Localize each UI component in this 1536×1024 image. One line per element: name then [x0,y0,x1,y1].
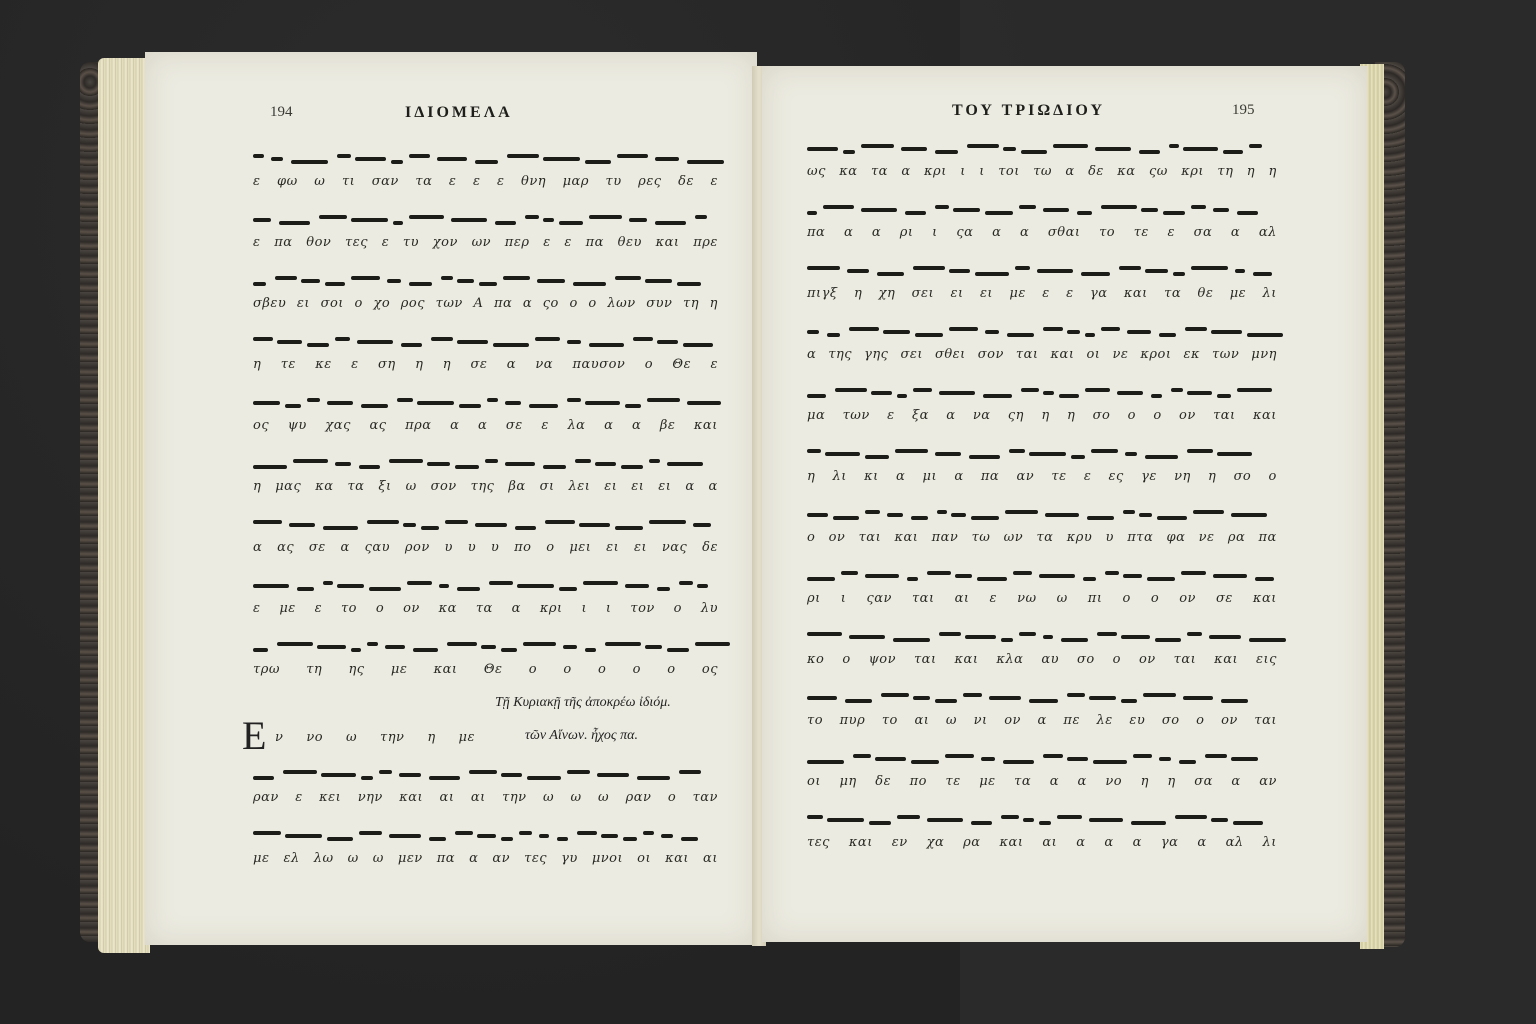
lyric-text: ωςκαταακριιιτοιτωαδεκαςωκριτηηη [807,164,1277,179]
chant-line: ημαςκαταξιωσοντηςβασιλειειειειαα [253,449,718,494]
chant-line: ωςκαταακριιιτοιτωαδεκαςωκριτηηη [807,134,1277,179]
chant-line: τεςκαιενχαρακαιαιαααγαααλλι [807,805,1277,850]
chant-line: οςψυχαςαςπρααασεελαααβεκαι [253,388,718,433]
lyric-text: ηλικιαμιαπααντεεεςγενηησοο [807,469,1277,484]
neume-row [807,439,1277,469]
drop-cap: Ε [242,712,266,759]
neume-row [253,205,718,235]
neume-row [807,744,1277,774]
neume-row [807,561,1277,591]
chant-line: μεελλωωωμενπαααντεςγυμνοιοικαιαι [253,821,718,866]
right-page: ΤΟΥ ΤΡΙΩΔΙΟΥ 195 ωςκαταακριιιτοιτωαδεκας… [762,66,1367,942]
chant-line: ατηςγηςσεισθεισονταικαιοινεκροιεκτωνμνη [807,317,1277,362]
chant-line: τρωτηηςμεκαιΘεοοοοοος [253,632,718,677]
lyric-text: ααςσεαςαυρονυυυποομειειειναςδε [253,540,718,555]
neume-row [807,500,1277,530]
neume-row [253,144,718,174]
lyric-text: οονταικαιπαντωωντακρυυπταφανεραπα [807,530,1277,545]
page-number-left: 194 [270,104,293,121]
lyric-text: ριιςανταιαιενωωπιοοονσεκαι [807,591,1277,606]
chant-line: επαθοντεςετυχονωνπερεεπαθευκαιπρε [253,205,718,250]
chant-line: οονταικαιπαντωωντακρυυπταφανεραπα [807,500,1277,545]
chant-line: ααςσεαςαυρονυυυποομειειειναςδε [253,510,718,555]
neume-row [807,317,1277,347]
lyric-text: ητεκεεσηηησεαναπαυσονοΘεε [253,357,718,372]
chant-line: ρανεκεινηνκαιαιαιτηνωωωρανοταν [253,760,718,805]
lyric-text: ρανεκεινηνκαιαιαιτηνωωωρανοταν [253,790,718,805]
lyric-text: ματωνεξααναςηηησοοοονταικαι [807,408,1277,423]
lyric-text: ατηςγηςσεισθεισονταικαιοινεκροιεκτωνμνη [807,347,1277,362]
chant-line: εφωωτισανταεεεθνημαρτυρεςδεε [253,144,718,189]
neume-row [807,805,1277,835]
lyric-text: εμεετοοονκαταακριιιτονολυ [253,601,718,616]
lyric-text: κοοψονταικαικλααυσοοονταικαιεις [807,652,1277,667]
neume-row [253,266,718,296]
neume-row [253,388,718,418]
lyric-text: σβευεισοιοχοροςτωνΑπααςοοολωνσυντηη [253,296,718,311]
chant-line: πιγξηχησειειειμεεεγακαιταθεμελι [807,256,1277,301]
chant-line: ματωνεξααναςηηησοοοονταικαι [807,378,1277,423]
lyric-text: πιγξηχησειειειμεεεγακαιταθεμελι [807,286,1277,301]
neume-row [807,134,1277,164]
neume-row [807,256,1277,286]
lyric-text: ημαςκαταξιωσοντηςβασιλειειειειαα [253,479,718,494]
running-head-right: ΤΟΥ ΤΡΙΩΔΙΟΥ [952,102,1105,120]
neume-row [253,571,718,601]
lyric-text: οιμηδεποτεμετααανοηησαααν [807,774,1277,789]
lyric-text: εφωωτισανταεεεθνημαρτυρεςδεε [253,174,718,189]
lyric-text: τρωτηηςμεκαιΘεοοοοοος [253,662,718,677]
chant-line: τοπυρτοαιωνιοναπελεευσοοονται [807,683,1277,728]
neume-row [253,632,718,662]
rubric-mode: τῶν Αἴνων. ἦχος πα. [525,728,638,744]
chant-line: σβευεισοιοχοροςτωνΑπααςοοολωνσυντηη [253,266,718,311]
neume-row [807,378,1277,408]
lyric-text: ννοωτηνημε [275,730,475,745]
left-page: 194 ΙΔΙΟΜΕΛΑ εφωωτισανταεεεθνημαρτυρεςδε… [145,52,757,945]
chant-line: κοοψονταικαικλααυσοοονταικαιεις [807,622,1277,667]
lyric-text: τεςκαιενχαρακαιαιαααγαααλλι [807,835,1277,850]
neume-row [253,327,718,357]
chant-line: εμεετοοονκαταακριιιτονολυ [253,571,718,616]
neume-row [807,195,1277,225]
neume-row [807,683,1277,713]
chant-line: ριιςανταιαιενωωπιοοονσεκαι [807,561,1277,606]
neume-row [253,821,718,851]
chant-line: ηλικιαμιαπααντεεεςγενηησοο [807,439,1277,484]
lyric-text: τοπυρτοαιωνιοναπελεευσοοονται [807,713,1277,728]
lyric-text: μεελλωωωμενπαααντεςγυμνοιοικαιαι [253,851,718,866]
chant-line: παααριιςααασθαιτοτεεσαααλ [807,195,1277,240]
running-head-left: ΙΔΙΟΜΕΛΑ [405,104,513,122]
neume-row [253,510,718,540]
page-edges-left [98,58,150,953]
chant-line: οιμηδεποτεμετααανοηησαααν [807,744,1277,789]
lyric-text: επαθοντεςετυχονωνπερεεπαθευκαιπρε [253,235,718,250]
neume-row [253,760,718,790]
neume-row [253,449,718,479]
neume-row [807,622,1277,652]
page-number-right: 195 [1232,102,1255,119]
rubric-title: Τῇ Κυριακῇ τῆς ἀποκρέω ἰδιόμ. [495,695,671,711]
chant-line: ητεκεεσηηησεαναπαυσονοΘεε [253,327,718,372]
lyric-text: παααριιςααασθαιτοτεεσαααλ [807,225,1277,240]
lyric-text: οςψυχαςαςπρααασεελαααβεκαι [253,418,718,433]
